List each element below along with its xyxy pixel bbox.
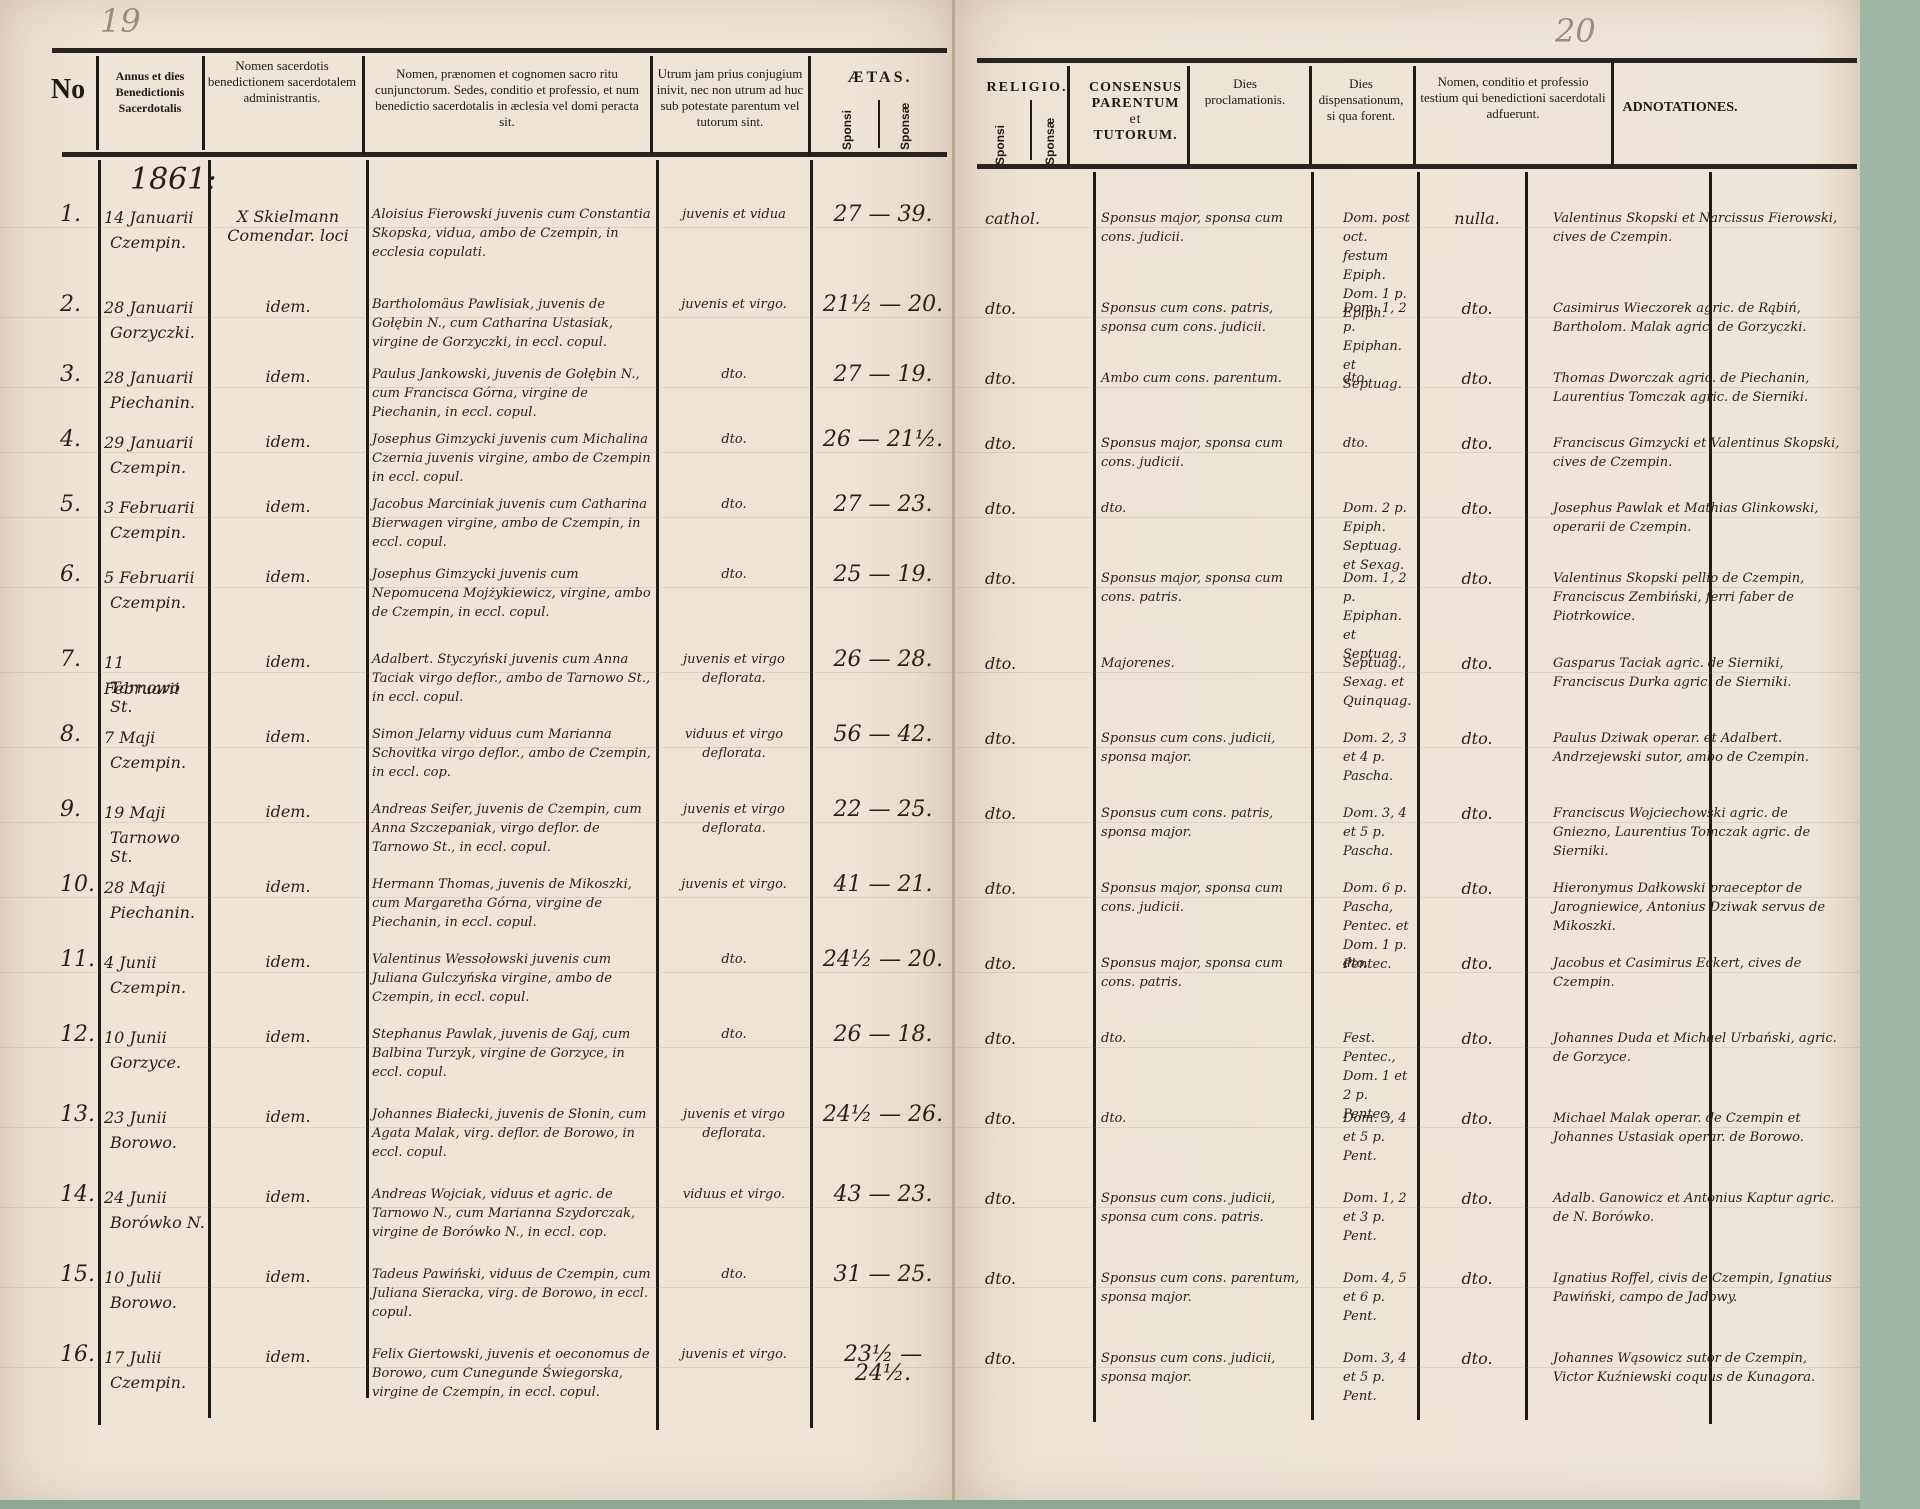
column-line [1311, 172, 1314, 1420]
header-divider [650, 56, 653, 154]
entry-place: Czempin. [110, 593, 206, 612]
entry-dispensation: dto. [1433, 569, 1521, 588]
entry-age: 41 — 21. [818, 875, 948, 894]
entry-names: Andreas Seifer, juvenis de Czempin, cum … [372, 800, 654, 857]
entry-religio: dto. [985, 654, 1085, 673]
entry-age: 26 — 28. [818, 650, 948, 669]
page-number-left: 19 [100, 2, 141, 40]
entry-names: Tadeus Pawiński, viduus de Czempin, cum … [372, 1265, 654, 1322]
entry-priest: idem. [214, 727, 362, 746]
entry-status: dto. [662, 1025, 806, 1044]
entry-place: Czempin. [110, 1373, 206, 1392]
entry-proclamation: dto. [1343, 434, 1415, 453]
entry-witnesses: Adalb. Ganowicz et Antonius Kaptur agric… [1553, 1189, 1849, 1227]
entry-consensus: dto. [1101, 499, 1309, 518]
ruled-line [955, 822, 1860, 823]
ruled-line [955, 387, 1860, 388]
column-line [656, 160, 659, 1430]
header-dispensationum: Dies dispensationum, si qua forent. [1315, 76, 1407, 124]
entry-religio: dto. [985, 1189, 1085, 1208]
ruled-line [0, 1207, 955, 1208]
ruled-line [0, 747, 955, 748]
entry-consensus: Majorenes. [1101, 654, 1309, 673]
entry-place: Czempin. [110, 233, 206, 252]
entry-status: juvenis et virgo deflorata. [662, 650, 806, 688]
entry-religio: dto. [985, 879, 1085, 898]
ruled-line [955, 972, 1860, 973]
entry-consensus: Sponsus cum cons. patris, sponsa major. [1101, 804, 1309, 842]
header-consensus: CONSENSUS PARENTUM et TUTORUM. [1073, 80, 1198, 144]
entry-witnesses: Josephus Pawlak et Mathias Glinkowski, o… [1553, 499, 1849, 537]
entry-age: 24½ — 20. [818, 950, 948, 969]
entry-consensus: Sponsus cum cons. judicii, sponsa major. [1101, 1349, 1309, 1387]
entry-priest: idem. [214, 567, 362, 586]
entry-number: 11. [60, 950, 96, 969]
entry-witnesses: Paulus Dziwak operar. et Adalbert. Andrz… [1553, 729, 1849, 767]
entry-age: 26 — 18. [818, 1025, 948, 1044]
entry-names: Bartholomäus Pawlisiak, juvenis de Gołęb… [372, 295, 654, 352]
entry-place: Piechanin. [110, 903, 206, 922]
entry-names: Adalbert. Styczyński juvenis cum Anna Ta… [372, 650, 654, 707]
entry-witnesses: Hieronymus Dałkowski praeceptor de Jarog… [1553, 879, 1849, 936]
entry-status: juvenis et vidua [662, 205, 806, 224]
entry-status: dto. [662, 365, 806, 384]
entry-status: juvenis et virgo. [662, 295, 806, 314]
header-aetas: ÆTAS. [825, 70, 935, 86]
entry-dispensation: dto. [1433, 654, 1521, 673]
register-year: 1861: [130, 162, 216, 197]
entry-place: Gorzyce. [110, 1053, 206, 1072]
entry-age: 27 — 19. [818, 365, 948, 384]
header-aetas-sponsi: Sponsi [840, 110, 854, 150]
entry-status: viduus et virgo deflorata. [662, 725, 806, 763]
entry-consensus: Sponsus major, sponsa cum cons. judicii. [1101, 434, 1309, 472]
header-nomen-conjunctorum: Nomen, prænomen et cognomen sacro ritu c… [372, 66, 642, 130]
entry-religio: dto. [985, 1269, 1085, 1288]
entry-religio: dto. [985, 1109, 1085, 1128]
column-line [1709, 172, 1712, 1424]
entry-number: 10. [60, 875, 96, 894]
ruled-line [0, 587, 955, 588]
entry-consensus: Sponsus major, sponsa cum cons. patris. [1101, 954, 1309, 992]
entry-place: Czempin. [110, 458, 206, 477]
entry-number: 6. [60, 565, 96, 584]
entry-proclamation: Dom. 3, 4 et 5 p. Pent. [1343, 1349, 1415, 1406]
entry-consensus: Sponsus major, sponsa cum cons. patris. [1101, 569, 1309, 607]
header-utrum: Utrum jam prius conjugium inivit, nec no… [656, 66, 804, 130]
column-line [366, 160, 369, 1398]
entry-age: 27 — 23. [818, 495, 948, 514]
entry-dispensation: dto. [1433, 1189, 1521, 1208]
entry-religio: dto. [985, 1349, 1085, 1368]
entry-names: Josephus Gimzycki juvenis cum Nepomucena… [372, 565, 654, 622]
entry-status: viduus et virgo. [662, 1185, 806, 1204]
header-aetas-sponsae: Sponsæ [898, 103, 912, 150]
entry-priest: X Skielmann Comendar. loci [214, 207, 362, 245]
header-top-rule [977, 58, 1857, 63]
entry-place: Tarnowo St. [110, 678, 206, 716]
entry-consensus: Sponsus major, sponsa cum cons. judicii. [1101, 879, 1309, 917]
entry-proclamation: Dom. 3, 4 et 5 p. Pascha. [1343, 804, 1415, 861]
entry-names: Felix Giertowski, juvenis et oeconomus d… [372, 1345, 654, 1402]
entry-priest: idem. [214, 1027, 362, 1046]
ruled-line [0, 387, 955, 388]
ruled-line [0, 452, 955, 453]
entry-priest: idem. [214, 367, 362, 386]
entry-age: 23½ — 24½. [818, 1345, 948, 1383]
entry-names: Andreas Wojciak, viduus et agric. de Tar… [372, 1185, 654, 1242]
entry-witnesses: Franciscus Gimzycki et Valentinus Skopsk… [1553, 434, 1849, 472]
ruled-line [955, 897, 1860, 898]
entry-age: 43 — 23. [818, 1185, 948, 1204]
entry-place: Borowo. [110, 1293, 206, 1312]
entry-age: 27 — 39. [818, 205, 948, 224]
ruled-line [0, 317, 955, 318]
entry-witnesses: Thomas Dworczak agric. de Piechanin, Lau… [1553, 369, 1849, 407]
entry-priest: idem. [214, 1347, 362, 1366]
entry-proclamation: Septuag., Sexag. et Quinquag. [1343, 654, 1415, 711]
entry-number: 5. [60, 495, 96, 514]
entry-names: Josephus Gimzycki juvenis cum Michalina … [372, 430, 654, 487]
entry-proclamation: Dom. 1, 2 p. Epiphan. et Septuag. [1343, 569, 1415, 664]
entry-names: Simon Jelarny viduus cum Marianna Schovi… [372, 725, 654, 782]
entry-witnesses: Ignatius Roffel, civis de Czempin, Ignat… [1553, 1269, 1849, 1307]
left-page: 19 No Annus et dies Benedictionis Sacerd… [0, 0, 955, 1500]
entry-priest: idem. [214, 1267, 362, 1286]
entry-witnesses: Gasparus Taciak agric. de Sierniki, Fran… [1553, 654, 1849, 692]
entry-place: Gorzyczki. [110, 323, 206, 342]
book-edge [1860, 0, 1920, 1509]
entry-proclamation: Dom. 3, 4 et 5 p. Pent. [1343, 1109, 1415, 1166]
header-divider [362, 56, 365, 154]
entry-proclamation: Dom. 2, 3 et 4 p. Pascha. [1343, 729, 1415, 786]
entry-priest: idem. [214, 952, 362, 971]
entry-dispensation: dto. [1433, 729, 1521, 748]
entry-religio: dto. [985, 299, 1085, 318]
header-no: No [48, 82, 88, 98]
header-proclamationis: Dies proclamationis. [1195, 76, 1295, 108]
entry-religio: dto. [985, 569, 1085, 588]
header-religio-sponsi: Sponsi [993, 125, 1007, 165]
header-divider [1067, 66, 1070, 164]
ruled-line [0, 897, 955, 898]
entry-religio: dto. [985, 804, 1085, 823]
ruled-line [955, 317, 1860, 318]
entry-status: dto. [662, 565, 806, 584]
entry-witnesses: Valentinus Skopski et Narcissus Fierowsk… [1553, 209, 1849, 247]
entry-priest: idem. [214, 877, 362, 896]
entry-religio: cathol. [985, 209, 1085, 228]
entry-religio: dto. [985, 369, 1085, 388]
entry-priest: idem. [214, 1187, 362, 1206]
entry-status: dto. [662, 495, 806, 514]
entry-consensus: dto. [1101, 1109, 1309, 1128]
entry-proclamation: Dom. 4, 5 et 6 p. Pent. [1343, 1269, 1415, 1326]
page-number-right: 20 [1555, 12, 1596, 50]
entry-place: Czempin. [110, 978, 206, 997]
ruled-line [0, 1367, 955, 1368]
ruled-line [955, 587, 1860, 588]
entry-number: 12. [60, 1025, 96, 1044]
entry-proclamation: dto. [1343, 369, 1415, 388]
entry-place: Piechanin. [110, 393, 206, 412]
entry-dispensation: dto. [1433, 299, 1521, 318]
entry-names: Jacobus Marciniak juvenis cum Catharina … [372, 495, 654, 552]
ruled-line [955, 1207, 1860, 1208]
entry-witnesses: Johannes Wąsowicz sutor de Czempin, Vict… [1553, 1349, 1849, 1387]
column-line [1525, 172, 1528, 1420]
entry-place: Czempin. [110, 523, 206, 542]
entry-proclamation: dto. [1343, 954, 1415, 973]
entry-priest: idem. [214, 652, 362, 671]
entry-witnesses: Franciscus Wojciechowski agric. de Gniez… [1553, 804, 1849, 861]
header-divider [808, 56, 811, 156]
entry-age: 26 — 21½. [818, 430, 948, 449]
entry-priest: idem. [214, 802, 362, 821]
entry-age: 31 — 25. [818, 1265, 948, 1284]
entry-priest: idem. [214, 1107, 362, 1126]
ruled-line [0, 972, 955, 973]
entry-number: 1. [60, 205, 96, 224]
entry-religio: dto. [985, 499, 1085, 518]
entry-priest: idem. [214, 297, 362, 316]
entry-dispensation: dto. [1433, 1269, 1521, 1288]
entry-place: Borówko N. [110, 1213, 206, 1232]
ruled-line [955, 672, 1860, 673]
header-divider [1187, 66, 1190, 164]
entry-age: 22 — 25. [818, 800, 948, 819]
entry-place: Tarnowo St. [110, 828, 206, 866]
header-top-rule [52, 48, 947, 53]
header-consensus-line3: TUTORUM. [1073, 128, 1198, 144]
ruled-line [955, 747, 1860, 748]
entry-witnesses: Jacobus et Casimirus Eckert, cives de Cz… [1553, 954, 1849, 992]
header-divider [1611, 60, 1614, 164]
ruled-line [0, 1127, 955, 1128]
ruled-line [0, 1047, 955, 1048]
entry-names: Hermann Thomas, juvenis de Mikoszki, cum… [372, 875, 654, 932]
entry-status: dto. [662, 1265, 806, 1284]
entry-names: Stephanus Pawlak, juvenis de Gaj, cum Ba… [372, 1025, 654, 1082]
entry-proclamation: Dom. 2 p. Epiph. Septuag. et Sexag. [1343, 499, 1415, 575]
ruled-line [955, 1367, 1860, 1368]
ruled-line [0, 227, 955, 228]
entry-consensus: Sponsus cum cons. judicii, sponsa major. [1101, 729, 1309, 767]
entry-names: Johannes Białecki, juvenis de Słonin, cu… [372, 1105, 654, 1162]
entry-priest: idem. [214, 432, 362, 451]
entry-proclamation: Dom. 1, 2 et 3 p. Pent. [1343, 1189, 1415, 1246]
header-bottom-rule [977, 164, 1857, 169]
header-divider [1030, 100, 1032, 160]
entry-number: 15. [60, 1265, 96, 1284]
entry-status: juvenis et virgo deflorata. [662, 1105, 806, 1143]
entry-dispensation: dto. [1433, 1349, 1521, 1368]
ruled-line [0, 517, 955, 518]
header-testes: Nomen, conditio et professio testium qui… [1419, 74, 1607, 122]
ruled-line [955, 1047, 1860, 1048]
header-religio: RELIGIO. [977, 80, 1077, 96]
entry-status: juvenis et virgo. [662, 875, 806, 894]
entry-consensus: Ambo cum cons. parentum. [1101, 369, 1309, 388]
column-line [98, 160, 101, 1425]
column-line [810, 160, 813, 1428]
ruled-line [0, 822, 955, 823]
entry-dispensation: dto. [1433, 1029, 1521, 1048]
entry-status: dto. [662, 430, 806, 449]
entry-number: 9. [60, 800, 96, 819]
entry-religio: dto. [985, 729, 1085, 748]
ruled-line [955, 227, 1860, 228]
entry-number: 16. [60, 1345, 96, 1364]
entry-status: juvenis et virgo deflorata. [662, 800, 806, 838]
entry-names: Aloisius Fierowski juvenis cum Constanti… [372, 205, 654, 262]
entry-religio: dto. [985, 434, 1085, 453]
column-line [1417, 172, 1420, 1420]
entry-age: 25 — 19. [818, 565, 948, 584]
entry-consensus: Sponsus cum cons. judicii, sponsa cum co… [1101, 1189, 1309, 1227]
entry-place: Czempin. [110, 753, 206, 772]
entry-status: dto. [662, 950, 806, 969]
header-annus: Annus et dies Benedictionis Sacerdotalis [100, 68, 200, 116]
ruled-line [0, 672, 955, 673]
header-divider [1413, 66, 1416, 164]
entry-place: Borowo. [110, 1133, 206, 1152]
ruled-line [955, 517, 1860, 518]
entry-dispensation: dto. [1433, 369, 1521, 388]
ruled-line [955, 1127, 1860, 1128]
entry-age: 21½ — 20. [818, 295, 948, 314]
entry-number: 13. [60, 1105, 96, 1124]
header-divider [202, 56, 205, 150]
entry-witnesses: Valentinus Skopski pellio de Czempin, Fr… [1553, 569, 1849, 626]
entry-names: Valentinus Wessołowski juvenis cum Julia… [372, 950, 654, 1007]
header-divider [878, 100, 880, 148]
entry-dispensation: dto. [1433, 879, 1521, 898]
ruled-line [0, 1287, 955, 1288]
entry-age: 56 — 42. [818, 725, 948, 744]
entry-witnesses: Johannes Duda et Michael Urbański, agric… [1553, 1029, 1849, 1067]
header-divider [1309, 66, 1312, 164]
entry-number: 2. [60, 295, 96, 314]
header-consensus-line1: CONSENSUS PARENTUM [1073, 80, 1198, 112]
header-nomen-sacerdotis: Nomen sacerdotis benedictionem sacerdota… [207, 58, 357, 106]
entry-dispensation: dto. [1433, 1109, 1521, 1128]
entry-number: 3. [60, 365, 96, 384]
entry-dispensation: nulla. [1433, 209, 1521, 228]
header-bottom-rule [62, 152, 947, 157]
entry-consensus: Sponsus major, sponsa cum cons. judicii. [1101, 209, 1309, 247]
entry-names: Paulus Jankowski, juvenis de Gołębin N.,… [372, 365, 654, 422]
entry-number: 8. [60, 725, 96, 744]
column-line [208, 160, 211, 1418]
header-divider [96, 56, 99, 150]
entry-dispensation: dto. [1433, 954, 1521, 973]
ruled-line [955, 452, 1860, 453]
entry-number: 4. [60, 430, 96, 449]
ruled-line [955, 1287, 1860, 1288]
entry-witnesses: Casimirus Wieczorek agric. de Rąbiń, Bar… [1553, 299, 1849, 337]
entry-witnesses: Michael Malak operar. de Czempin et Joha… [1553, 1109, 1849, 1147]
header-religio-sponsae: Sponsæ [1043, 118, 1057, 165]
entry-number: 14. [60, 1185, 96, 1204]
entry-dispensation: dto. [1433, 434, 1521, 453]
header-adnotationes: ADNOTATIONES. [1615, 100, 1745, 116]
entry-age: 24½ — 26. [818, 1105, 948, 1124]
entry-consensus: dto. [1101, 1029, 1309, 1048]
entry-dispensation: dto. [1433, 804, 1521, 823]
entry-status: juvenis et virgo. [662, 1345, 806, 1364]
entry-number: 7. [60, 650, 96, 669]
header-consensus-line2: et [1073, 112, 1198, 128]
entry-consensus: Sponsus cum cons. parentum, sponsa major… [1101, 1269, 1309, 1307]
entry-consensus: Sponsus cum cons. patris, sponsa cum con… [1101, 299, 1309, 337]
entry-dispensation: dto. [1433, 499, 1521, 518]
entry-priest: idem. [214, 497, 362, 516]
right-page: 20 RELIGIO. Sponsi Sponsæ CONSENSUS PARE… [955, 0, 1860, 1500]
entry-religio: dto. [985, 954, 1085, 973]
column-line [1093, 172, 1096, 1422]
entry-religio: dto. [985, 1029, 1085, 1048]
